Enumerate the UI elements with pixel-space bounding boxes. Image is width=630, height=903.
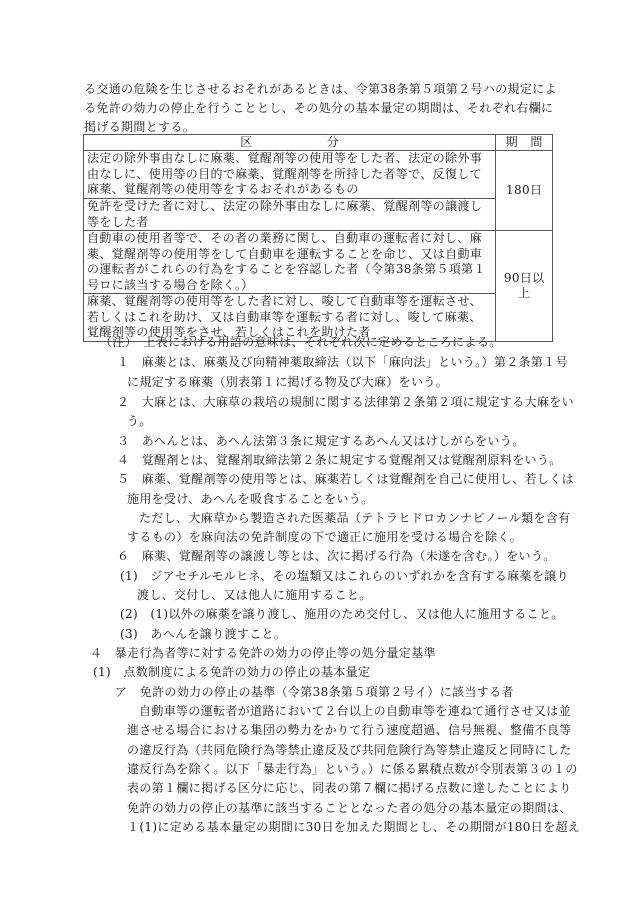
table-row: 法定の除外事由なしに麻薬、覚醒剤等の使用等をした者、法定の除外事由なしに、使用等… bbox=[84, 151, 553, 199]
category-text: 麻薬、覚醒剤等の使用等をした者に対し、唆して自動車等を運転させ、若しくはこれを助… bbox=[87, 294, 492, 341]
category-text: 自動車の使用者等で、その者の業務に関し、自動車の運転者に対し、麻薬、覚醒剤等の使… bbox=[87, 231, 492, 293]
note-item-2: ２ 大麻とは、大麻草の栽培の規制に関する法律第２条第２項に規定する大麻をい bbox=[117, 395, 574, 409]
category-text: 免許を受けた者に対し、法定の除外事由なしに麻薬、覚醒剤等の譲渡し等をした者 bbox=[87, 199, 492, 230]
note-item-5: ５ 麻薬、覚醒剤等の使用等とは、麻薬若しくは覚醒剤を自己に使用し、若しくは bbox=[117, 472, 574, 486]
note-item-1-cont: に規定する麻薬（別表第１に掲げる物及び大麻）をいう。 bbox=[127, 375, 448, 389]
item-a-heading: ア 免許の効力の停止の基準（令第38条第５項第２号イ）に該当する者 bbox=[115, 685, 514, 699]
item-a-body-line: １(1)に定める基本量定の期間に30日を加えた期間とし、その期間が180日を超え bbox=[127, 820, 580, 834]
category-text: 法定の除外事由なしに麻薬、覚醒剤等の使用等をした者、法定の除外事由なしに、使用等… bbox=[87, 151, 492, 198]
note-item-6-sub-1: (1) ジアセチルモルヒネ、その塩類又はこれらのいずれかを含有する麻薬を譲り bbox=[120, 569, 569, 583]
intro-line: 掲げる期間とする。 bbox=[84, 120, 195, 134]
note-item-5-proviso: ただし、大麻草から製造された医薬品（テトラヒドロカンナビノール類を含有 bbox=[139, 511, 571, 525]
table-row: 免許を受けた者に対し、法定の除外事由なしに麻薬、覚醒剤等の譲渡し等をした者 bbox=[84, 199, 553, 231]
item-a-body-line: 表の第１欄に掲げる区分に応じ、同表の第７欄に掲げる点数に達したことにより bbox=[127, 781, 572, 795]
item-a-body-line: 免許の効力の停止の基準に該当することとなった者の処分の基本量定の期間は、 bbox=[127, 801, 572, 815]
table-header-row: 区 分 期 間 bbox=[84, 135, 553, 151]
item-a-body-line: 進させる場合における集団の勢力をかりて行う速度超過、信号無視、整備不良等 bbox=[127, 723, 572, 737]
category-cell: 法定の除外事由なしに麻薬、覚醒剤等の使用等をした者、法定の除外事由なしに、使用等… bbox=[84, 151, 496, 199]
header-period: 期 間 bbox=[496, 135, 553, 151]
note-item-5-proviso-cont: するもの）を麻向法の免許制度の下で適正に施用を受ける場合を除く。 bbox=[127, 530, 522, 544]
note-item-6-sub-3: (3) あへんを譲り渡すこと。 bbox=[120, 627, 286, 641]
item-a-body-line: 違反行為を除く。以下「暴走行為」という。）に係る累積点数が令別表第３の１の bbox=[127, 762, 578, 776]
note-item-6: ６ 麻薬、覚醒剤等の譲渡し等とは、次に掲げる行為（未遂を含む。）をいう。 bbox=[117, 549, 556, 563]
note-item-4: ４ 覚醒剤とは、覚醒剤取締法第２条に規定する覚醒剤又は覚醒剤原料をいう。 bbox=[117, 453, 562, 467]
period-cell: 90日以上 bbox=[496, 231, 553, 342]
header-category: 区 分 bbox=[84, 135, 496, 151]
intro-line: る免許の効力の停止を行うこととし、その処分の基本量定の期間は、それぞれ右欄に bbox=[84, 101, 553, 115]
section-4-1-heading: (1) 点数制度による免許の効力の停止の基本量定 bbox=[93, 665, 370, 679]
note-item-2-cont: う。 bbox=[127, 414, 152, 428]
note-item-1: １ 麻薬とは、麻薬及び向精神薬取締法（以下「麻向法」という。）第２条第１号 bbox=[117, 355, 568, 369]
item-a-body-line: の違反行為（共同危険行為等禁止違反及び共同危険行為等禁止違反と同時にした bbox=[127, 743, 572, 757]
category-cell: 免許を受けた者に対し、法定の除外事由なしに麻薬、覚醒剤等の譲渡し等をした者 bbox=[84, 199, 496, 231]
note-item-5-cont: 施用を受け、あへんを吸食することをいう。 bbox=[127, 492, 374, 506]
penalty-period-table: 区 分 期 間 法定の除外事由なしに麻薬、覚醒剤等の使用等をした者、法定の除外事… bbox=[83, 134, 553, 342]
table-row: 自動車の使用者等で、その者の業務に関し、自動車の運転者に対し、麻薬、覚醒剤等の使… bbox=[84, 231, 553, 294]
note-item-6-sub-2: (2) (1)以外の麻薬を譲り渡し、施用のため交付し、又は他人に施用すること。 bbox=[120, 607, 564, 621]
intro-line: る交通の危険を生じさせるおそれがあるときは、令第38条第５項第２号ハの規定によ bbox=[84, 82, 557, 96]
period-cell: 180日 bbox=[496, 151, 553, 231]
note-item-6-sub-1-cont: 渡し、交付し、又は他人に施用すること。 bbox=[137, 588, 372, 602]
note-item-3: ３ あへんとは、あへん法第３条に規定するあへん又はけしがらをいう。 bbox=[117, 434, 525, 448]
notes-heading: （注） 上表における用語の意味は、それぞれ次に定めるところによる。 bbox=[100, 335, 502, 349]
item-a-body-line: 自動車等の運転者が道路において２台以上の自動車等を連ねて通行させ又は並 bbox=[139, 704, 571, 718]
section-4-heading: ４ 暴走行為者等に対する免許の効力の停止等の処分量定基準 bbox=[90, 646, 436, 660]
category-cell: 自動車の使用者等で、その者の業務に関し、自動車の運転者に対し、麻薬、覚醒剤等の使… bbox=[84, 231, 496, 294]
